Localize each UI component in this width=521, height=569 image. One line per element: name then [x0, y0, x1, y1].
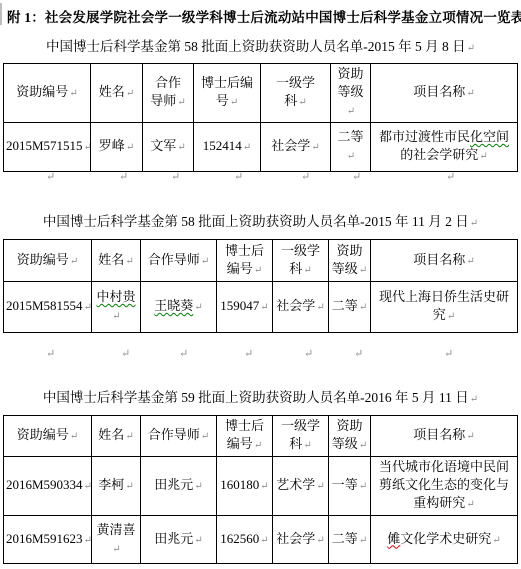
end-of-cell-mark: ↵ [316, 302, 324, 313]
section-heading-1: 中国博士后科学基金第 58 批面上资助获资助人员名单-2015 年 5 月 8 … [0, 35, 521, 55]
grant-table-3: 资助编号↵ 姓名↵ 合作导师↵ 博士后 编号↵ 一级学 科↵ 资助 等级↵ 项目… [3, 415, 518, 564]
end-of-cell-mark: ↵ [466, 499, 474, 510]
paragraph-mark: ↵ [470, 394, 478, 405]
end-of-cell-mark: ↵ [69, 88, 77, 99]
cell-discipline: 社会学↵ [273, 282, 329, 333]
section-heading-3-text: 中国博士后科学基金第 59 批面上资助获资助人员名单-2016 年 5 月 11… [43, 390, 469, 405]
table-row: 2016M590334↵ 李柯↵ 田兆元↵ 160180↵ 艺术学↵ 一等↵ 当… [4, 457, 518, 516]
cell-discipline: 艺术学↵ [273, 457, 329, 516]
end-of-cell-mark: ↵ [492, 535, 500, 546]
end-of-cell-mark: ↵ [260, 535, 268, 546]
cell-grant-level: 二等↵ [331, 123, 371, 172]
column-header-name: 姓名↵ [91, 64, 143, 123]
paragraph-mark: ↵ [179, 347, 188, 360]
paragraph-mark: ↵ [119, 170, 128, 183]
end-of-cell-mark: ↵ [243, 142, 251, 153]
cell-name: 李柯↵ [92, 457, 141, 516]
paragraph-mark: ↵ [121, 347, 130, 360]
end-of-cell-mark: ↵ [70, 256, 78, 267]
table-header-row: 资助编号↵ 姓名↵ 合作导师↵ 博士后 编号↵ 一级学 科↵ 资助 等级↵ 项目… [4, 240, 518, 282]
cell-name: 中村贵↵ [92, 282, 141, 333]
end-of-cell-mark: ↵ [84, 142, 91, 153]
end-of-cell-mark: ↵ [126, 142, 134, 153]
column-header-postdoc-id: 博士后 编号↵ [217, 416, 273, 457]
cell-discipline: 社会学↵ [261, 123, 331, 172]
end-of-cell-mark: ↵ [479, 151, 487, 162]
grant-table-2: 资助编号↵ 姓名↵ 合作导师↵ 博士后 编号↵ 一级学 科↵ 资助 等级↵ 项目… [3, 239, 518, 333]
end-of-cell-mark: ↵ [70, 431, 78, 442]
cell-mentor: 王晓葵↵ [141, 282, 217, 333]
end-of-cell-mark: ↵ [84, 535, 92, 546]
column-header-discipline: 一级学 科↵ [273, 416, 329, 457]
column-header-project-title: 项目名称↵ [371, 240, 518, 282]
end-of-cell-mark: ↵ [194, 481, 202, 492]
cell-grant-id: 2016M590334↵ [4, 457, 92, 516]
end-of-cell-mark: ↵ [359, 440, 367, 451]
end-of-cell-mark: ↵ [112, 544, 120, 555]
cell-grant-id: 2015M571515↵ [4, 123, 91, 172]
paragraph-mark: ↵ [301, 170, 310, 183]
end-of-cell-mark: ↵ [84, 302, 92, 313]
paragraph-mark: ↵ [304, 347, 313, 360]
end-of-cell-mark: ↵ [125, 431, 133, 442]
cell-mentor: 田兆元↵ [141, 516, 217, 564]
end-of-cell-mark: ↵ [112, 311, 120, 322]
cell-mentor: 文军↵ [143, 123, 194, 172]
end-of-cell-mark: ↵ [359, 302, 367, 313]
end-of-cell-mark: ↵ [311, 142, 319, 153]
cell-project-title: 现代上海日侨生活史研究↵ [371, 282, 518, 333]
section-heading-2-text: 中国博士后科学基金第 58 批面上资助获资助人员名单-2015 年 11 月 2… [43, 214, 469, 229]
document-title-text: 附 1：社会发展学院社会学一级学科博士后流动站中国博士后科学基金立项情况一览表 [7, 10, 521, 25]
cell-postdoc-id: 152414↵ [194, 123, 261, 172]
document-page: 附 1：社会发展学院社会学一级学科博士后流动站中国博士后科学基金立项情况一览表↵… [0, 0, 521, 569]
section-heading-3: 中国博士后科学基金第 59 批面上资助获资助人员名单-2016 年 5 月 11… [0, 386, 521, 406]
end-of-cell-mark: ↵ [466, 431, 474, 442]
cell-project-title: 傩文化学术史研究↵ [371, 516, 518, 564]
column-header-grant-id: 资助编号↵ [4, 416, 92, 457]
end-of-cell-mark: ↵ [466, 88, 474, 99]
end-of-cell-mark: ↵ [84, 481, 92, 492]
paragraph-mark: ↵ [467, 43, 475, 54]
section-heading-2: 中国博士后科学基金第 58 批面上资助获资助人员名单-2015 年 11 月 2… [0, 210, 521, 230]
cell-grant-id: 2015M581554↵ [4, 282, 92, 333]
column-header-discipline: 一级学 科↵ [261, 64, 331, 123]
grant-table-1: 资助编号↵ 姓名↵ 合作 导师↵ 博士后编 号↵ 一级学 科↵ 资助 等级↵ 项… [3, 63, 518, 172]
column-header-project-title: 项目名称↵ [371, 416, 518, 457]
end-of-cell-mark: ↵ [194, 535, 202, 546]
empty-paragraph-row: ↵ ↵ ↵ ↵ ↵ ↵ ↵ [0, 347, 521, 361]
end-of-cell-mark: ↵ [230, 97, 238, 108]
column-header-grant-level: 资助 等级↵ [331, 64, 371, 123]
column-header-name: 姓名↵ [92, 240, 141, 282]
column-header-project-title: 项目名称↵ [371, 64, 518, 123]
end-of-cell-mark: ↵ [254, 440, 262, 451]
column-header-mentor: 合作 导师↵ [143, 64, 194, 123]
end-of-cell-mark: ↵ [316, 481, 324, 492]
end-of-cell-mark: ↵ [347, 151, 355, 162]
cell-grant-level: 二等↵ [329, 516, 371, 564]
paragraph-mark: ↵ [354, 347, 363, 360]
end-of-cell-mark: ↵ [359, 535, 367, 546]
column-header-name: 姓名↵ [92, 416, 141, 457]
column-header-discipline: 一级学 科↵ [273, 240, 329, 282]
document-title: 附 1：社会发展学院社会学一级学科博士后流动站中国博士后科学基金立项情况一览表↵ [7, 6, 521, 26]
column-header-grant-id: 资助编号↵ [4, 240, 92, 282]
end-of-cell-mark: ↵ [254, 265, 262, 276]
page-edge-line [0, 3, 2, 25]
end-of-cell-mark: ↵ [466, 256, 474, 267]
end-of-cell-mark: ↵ [125, 256, 133, 267]
column-header-mentor: 合作导师↵ [141, 416, 217, 457]
end-of-cell-mark: ↵ [201, 256, 209, 267]
end-of-cell-mark: ↵ [316, 535, 324, 546]
section-heading-1-text: 中国博士后科学基金第 58 批面上资助获资助人员名单-2015 年 5 月 8 … [46, 39, 466, 54]
paragraph-mark: ↵ [352, 170, 361, 183]
cell-name: 黄清喜↵ [92, 516, 141, 564]
cell-name: 罗峰↵ [91, 123, 143, 172]
end-of-cell-mark: ↵ [201, 431, 209, 442]
end-of-cell-mark: ↵ [177, 97, 185, 108]
cell-postdoc-id: 162560↵ [217, 516, 273, 564]
cell-postdoc-id: 159047↵ [217, 282, 273, 333]
paragraph-mark: ↵ [244, 347, 253, 360]
table-row: 2015M581554↵ 中村贵↵ 王晓葵↵ 159047↵ 社会学↵ 二等↵ … [4, 282, 518, 333]
column-header-mentor: 合作导师↵ [141, 240, 217, 282]
cell-grant-level: 二等↵ [329, 282, 371, 333]
spellcheck-marked-text: 化空间 [470, 129, 509, 144]
spellcheck-marked-text: 傩 [387, 531, 400, 546]
empty-paragraph-row: ↵ ↵ ↵ ↵ ↵ ↵ ↵ [0, 170, 521, 184]
cell-grant-level: 一等↵ [329, 457, 371, 516]
cell-project-title: 当代城市化语境中民间剪纸文化生态的变化与重构研究↵ [371, 457, 518, 516]
end-of-cell-mark: ↵ [177, 142, 185, 153]
end-of-cell-mark: ↵ [194, 302, 202, 313]
end-of-cell-mark: ↵ [303, 440, 311, 451]
column-header-grant-level: 资助 等级↵ [329, 416, 371, 457]
cell-postdoc-id: 160180↵ [217, 457, 273, 516]
paragraph-mark: ↵ [46, 347, 55, 360]
cell-grant-id: 2016M591623↵ [4, 516, 92, 564]
end-of-cell-mark: ↵ [125, 481, 133, 492]
table-row: 2016M591623↵ 黄清喜↵ 田兆元↵ 162560↵ 社会学↵ 二等↵ … [4, 516, 518, 564]
spellcheck-marked-text: 中村贵 [96, 289, 135, 304]
spellcheck-marked-text: 王晓葵 [154, 298, 193, 313]
column-header-grant-level: 资助 等级↵ [329, 240, 371, 282]
cell-project-title: 都市过渡性市民化空间的社会学研究↵ [371, 123, 518, 172]
paragraph-mark: ↵ [46, 170, 55, 183]
paragraph-mark: ↵ [444, 347, 453, 360]
end-of-cell-mark: ↵ [298, 97, 306, 108]
end-of-cell-mark: ↵ [260, 302, 268, 313]
end-of-cell-mark: ↵ [447, 311, 455, 322]
table-header-row: 资助编号↵ 姓名↵ 合作 导师↵ 博士后编 号↵ 一级学 科↵ 资助 等级↵ 项… [4, 64, 518, 123]
paragraph-mark: ↵ [171, 170, 180, 183]
end-of-cell-mark: ↵ [359, 481, 367, 492]
paragraph-mark: ↵ [446, 170, 455, 183]
end-of-cell-mark: ↵ [359, 265, 367, 276]
paragraph-mark: ↵ [234, 170, 243, 183]
table-header-row: 资助编号↵ 姓名↵ 合作导师↵ 博士后 编号↵ 一级学 科↵ 资助 等级↵ 项目… [4, 416, 518, 457]
end-of-cell-mark: ↵ [347, 106, 355, 117]
cell-discipline: 社会学↵ [273, 516, 329, 564]
cell-mentor: 田兆元↵ [141, 457, 217, 516]
column-header-grant-id: 资助编号↵ [4, 64, 91, 123]
end-of-cell-mark: ↵ [303, 265, 311, 276]
end-of-cell-mark: ↵ [260, 481, 268, 492]
column-header-postdoc-id: 博士后 编号↵ [217, 240, 273, 282]
table-row: 2015M571515↵ 罗峰↵ 文军↵ 152414↵ 社会学↵ 二等↵ 都市… [4, 123, 518, 172]
paragraph-mark: ↵ [470, 218, 478, 229]
end-of-cell-mark: ↵ [126, 88, 134, 99]
column-header-postdoc-id: 博士后编 号↵ [194, 64, 261, 123]
